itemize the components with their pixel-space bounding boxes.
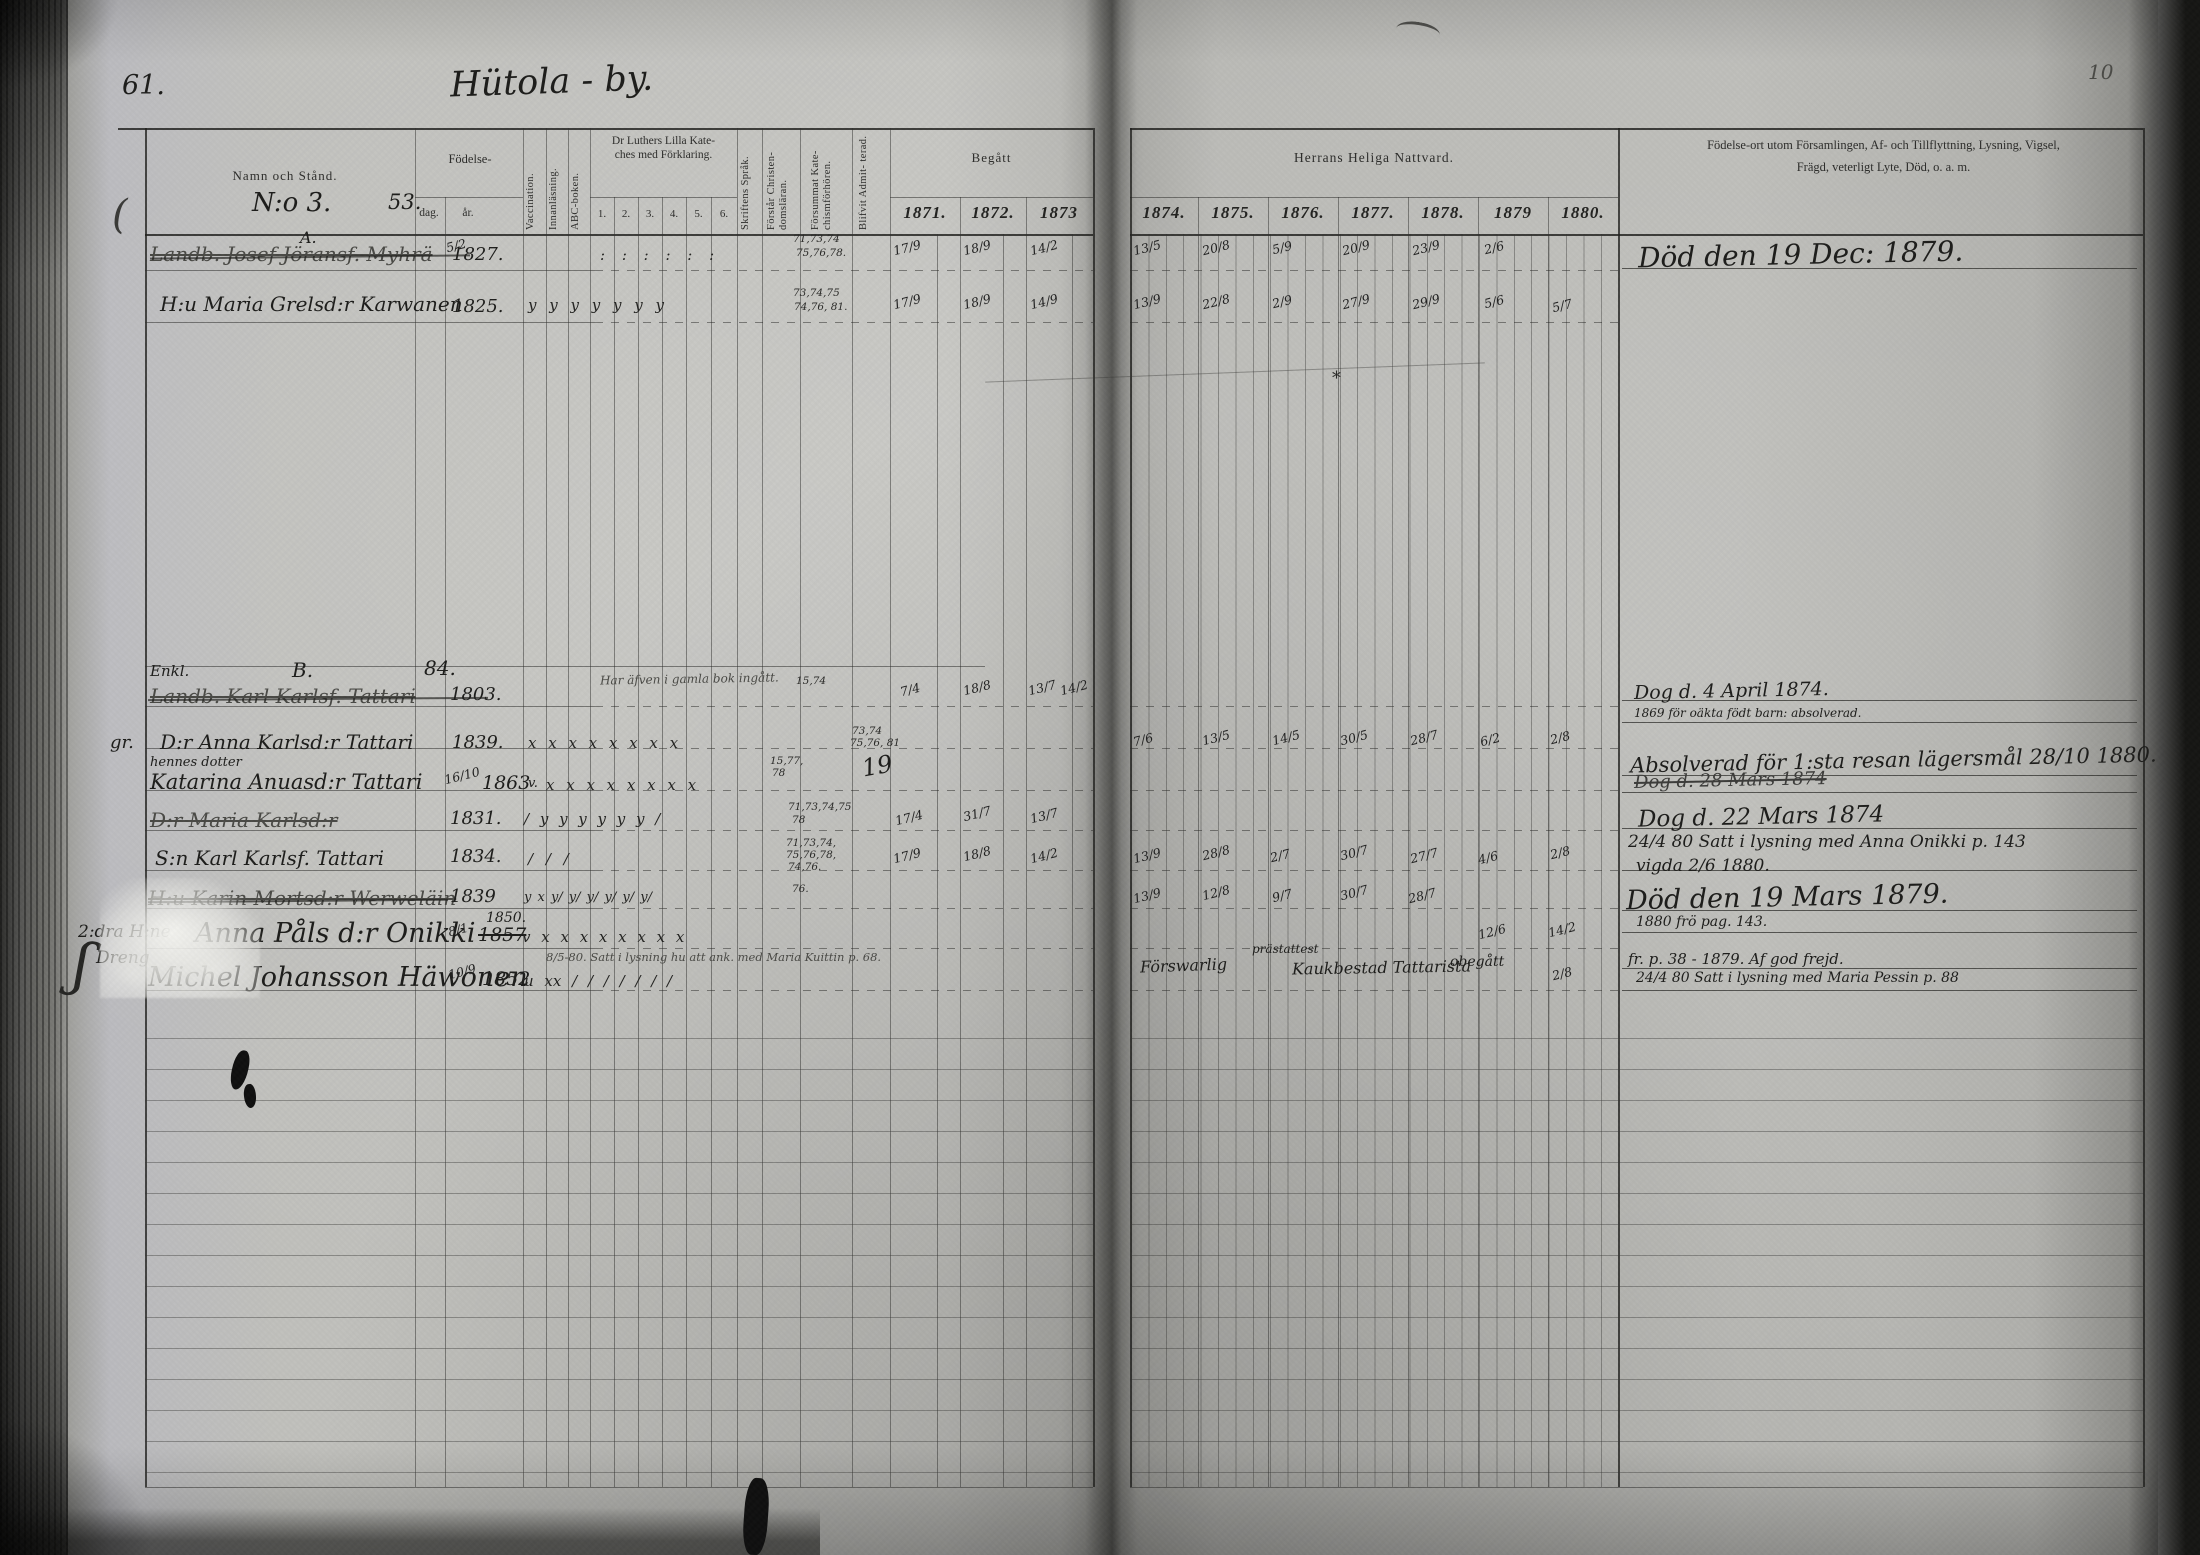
year-1876: 1876. [1271, 203, 1335, 223]
rule-nattvard-years [1130, 197, 1618, 198]
page-reference-note: fr. p. 38 - 1879. Af god frejd. [1628, 950, 1844, 968]
entry-name: D:r Anna Karlsd:r Tattari [160, 730, 413, 754]
kateches-marks: u xx / / / / / / / [524, 972, 672, 990]
header-begatt: Begått [890, 150, 1093, 166]
kateches-marks: x x x x x x x x [528, 734, 678, 752]
birth-year-struck: 1857 [478, 924, 526, 946]
kateches-marks: : : : : : : [600, 246, 714, 264]
header-luthers-line2: ches med Förklaring. [615, 149, 712, 161]
photo-damage-blotch [100, 878, 260, 998]
admitted-mark: 19 [860, 750, 895, 783]
kateches-marks: y y y y y y y [528, 296, 664, 314]
rule-header-bottom-left [145, 234, 1093, 236]
header-forstar-christendomslaran: Förstår Christen- domsläran. [766, 134, 790, 230]
margin-paren: ( [112, 192, 128, 238]
birth-year: 1839 [450, 886, 496, 907]
rowline [1130, 270, 1618, 271]
forsummat-years: 15,77, [770, 756, 803, 767]
header-kateches-2: 2. [614, 208, 638, 220]
birth-year: 1839. [452, 732, 504, 753]
header-skriftens-sprak: Skriftens Språk. [740, 134, 752, 230]
header-kateches-3: 3. [638, 208, 662, 220]
birth-year: 1863 [482, 772, 530, 794]
year-1873: 1873 [1027, 203, 1091, 223]
birth-year: 1803. [450, 684, 502, 705]
birth-year: 1825. [452, 296, 504, 317]
rule-begatt-years [890, 197, 1093, 198]
vline [1093, 128, 1095, 1487]
entry-name: Landb. Karl Karlsf. Tattari [150, 684, 416, 708]
rowline [145, 666, 985, 667]
rowline [595, 948, 1093, 949]
absolution-note: 1869 för oäkta födt barn: absolverad. [1634, 706, 1861, 720]
kateches-marks: / y y y y y y / [524, 810, 660, 828]
banns-tiny-note: 8/5-80. Satt i lysning hu att ank. med M… [546, 950, 881, 964]
birth-year: 1831. [450, 808, 502, 829]
rule-bottom-right [1130, 1487, 2143, 1488]
header-ar: år. [448, 207, 488, 219]
rowline [1622, 932, 2137, 933]
communion-annotation: Kaukbestad Tattarista [1292, 956, 1471, 978]
header-kateches-6: 6. [711, 208, 737, 220]
forsummat-years: 71,73,74,75 [788, 802, 851, 813]
forsummat-years: 75,76, 81 [850, 738, 900, 749]
struck-death-note: Dog d. 28 Mars 1874 [1634, 768, 1827, 793]
communion-annotation: Förswarlig [1140, 954, 1228, 976]
header-notes-line1: Födelse-ort utom Församlingen, Af- och T… [1636, 138, 2131, 153]
header-blifvit-line2: terad. [858, 136, 869, 162]
header-forsummat-line2: chismförhören. [822, 161, 833, 230]
rowline [1130, 908, 1618, 909]
header-forsummat-katechismforhoren: Försummat Kate- chismförhören. [810, 134, 834, 230]
ruled-rows-left [145, 1008, 1093, 1487]
rowline [595, 270, 1093, 271]
death-note: Dog d. 4 April 1874. [1634, 678, 1829, 704]
rowline [1130, 870, 1618, 871]
entry-name: S:n Karl Karlsf. Tattari [155, 846, 384, 870]
rowline [1622, 990, 2137, 991]
header-herrans-heliga-nattvard: Herrans Heliga Nattvard. [1130, 150, 1618, 166]
forsummat-years: 73,74 [852, 726, 882, 737]
rule-dag-ar [415, 197, 523, 198]
header-forstar-line2: domsläran. [778, 180, 789, 230]
header-vaccination: Vaccination. [525, 134, 537, 230]
rowline [145, 870, 595, 871]
letter-mark: B. [292, 658, 313, 682]
header-kateches-5: 5. [686, 208, 711, 220]
rowline [1130, 948, 1618, 949]
year-1872: 1872. [961, 203, 1025, 223]
header-notes-line2: Frägd, veterligt Lyte, Död, o. a. m. [1636, 160, 2131, 175]
death-note: Död den 19 Dec: 1879. [1638, 235, 1964, 275]
header-blifvit-line1: Blifvit Admit- [858, 165, 869, 230]
rowline [1622, 792, 2137, 793]
stray-mark: * [1332, 368, 1341, 389]
header-innanlasning: Innanläsning. [548, 134, 560, 230]
forsummat-years: 74,76, 81. [794, 302, 847, 313]
communion-annotation: prästattest [1252, 942, 1318, 956]
book-spine-edge [0, 0, 68, 1555]
kateches-marks: v x x x x x x x x [522, 928, 684, 946]
header-forsummat-line1: Försummat Kate- [810, 150, 821, 230]
year-1877: 1877. [1341, 203, 1405, 223]
kateches-marks: x x x x x x x x [546, 776, 696, 794]
forsummat-years: 15,74 [796, 676, 826, 687]
rule-top-left-page [118, 128, 1093, 130]
rowline [595, 990, 1093, 991]
vaccination-mark: v. [528, 776, 538, 791]
ruled-rows-right [1130, 1008, 2143, 1487]
stray-mark: 10 [2088, 60, 2113, 84]
forsummat-years: 78 [792, 815, 805, 826]
rowline [1130, 830, 1618, 831]
entry-name: D:r Maria Karlsd:r [150, 808, 338, 832]
header-kateches-4: 4. [662, 208, 686, 220]
rowline [595, 908, 1093, 909]
rule-bottom-left [145, 1487, 1093, 1488]
rule-top-right-page [1130, 128, 2143, 130]
forsummat-years: 75,76,78, [786, 850, 836, 861]
header-kateches-1: 1. [590, 208, 614, 220]
vline [2143, 128, 2145, 1487]
header-dag: dag. [413, 207, 445, 219]
margin-note: gr. [110, 732, 134, 753]
margin-note: Enkl. [150, 662, 189, 680]
rowline [1130, 748, 1618, 749]
entry-name: Landb. Josef Jöransf. Myhrä [150, 242, 433, 266]
year-1871: 1871. [893, 203, 957, 223]
banns-note: 24/4 80 Satt i lysning med Maria Pessin … [1636, 970, 1959, 986]
forsummat-years: 71,73,74 [793, 234, 840, 245]
photo-dark-corner-topleft [0, 0, 120, 90]
year-1878: 1878. [1411, 203, 1475, 223]
year-1879: 1879 [1481, 203, 1545, 223]
rowline [145, 322, 595, 323]
year-1874: 1874. [1132, 203, 1196, 223]
page-reference-note: 1880 frö pag. 143. [1636, 914, 1767, 930]
rowline [595, 830, 1093, 831]
forsummat-years: 71,73,74, [786, 838, 836, 849]
forsummat-years: 78 [772, 768, 785, 779]
old-number: 84. [424, 656, 456, 680]
header-forstar-line1: Förstår Christen- [766, 152, 777, 230]
rowline [1622, 968, 2137, 969]
forsummat-years: 74,76. [788, 862, 821, 873]
ledger-photo: 61. Hütola - by. Namn och Stånd. ( N:o 3… [0, 0, 2200, 1555]
header-luthers-line1: Dr Luthers Lilla Kate- [612, 135, 715, 147]
kateches-marks: y x y/ y/ y/ y/ y/ y/ [524, 890, 652, 905]
rowline [595, 870, 1093, 871]
forsummat-years: 75,76,78. [796, 248, 846, 259]
rowline [1622, 722, 2137, 723]
communion-annotation: obegått [1450, 954, 1504, 970]
rowline [595, 706, 1093, 707]
marriage-note: vigda 2/6 1880. [1636, 856, 1770, 876]
header-fodelse: Födelse- [420, 152, 520, 167]
rule-luthers-sub [590, 197, 737, 198]
rowline [595, 322, 1093, 323]
banns-note: 24/4 80 Satt i lysning med Anna Onikki p… [1628, 832, 2026, 852]
photo-dark-corner-bottomleft [0, 1420, 150, 1555]
header-luthers: Dr Luthers Lilla Kate- ches med Förklari… [592, 134, 735, 162]
entry-name: H:u Maria Grelsd:r Karwanen [160, 292, 463, 316]
entry-name: Katarina Anuasd:r Tattari [150, 770, 422, 794]
header-namn-och-stand: Namn och Stånd. [170, 168, 400, 184]
year-1880: 1880. [1551, 203, 1615, 223]
forsummat-years: 76. [792, 884, 809, 895]
year-1875: 1875. [1201, 203, 1265, 223]
rowline [1130, 322, 1618, 323]
rowline [1130, 706, 1618, 707]
rowline [145, 270, 595, 271]
forsummat-years: 73,74,75 [793, 288, 840, 299]
death-note: Dog d. 22 Mars 1874 [1638, 801, 1885, 832]
birth-year: 1834. [450, 846, 502, 867]
kateches-marks: / / / [528, 850, 569, 868]
header-blifvit-admitterad: Blifvit Admit- terad. [858, 134, 870, 230]
header-abc-boken: ABC-boken. [570, 134, 582, 230]
relation-note: hennes dotter [150, 755, 242, 770]
rowline [1130, 990, 1618, 991]
page-number: 61. [122, 70, 165, 101]
handwritten-page-title: Hütola - by. [449, 58, 653, 105]
rowline [1130, 790, 1618, 791]
household-number: N:o 3. [252, 188, 331, 218]
